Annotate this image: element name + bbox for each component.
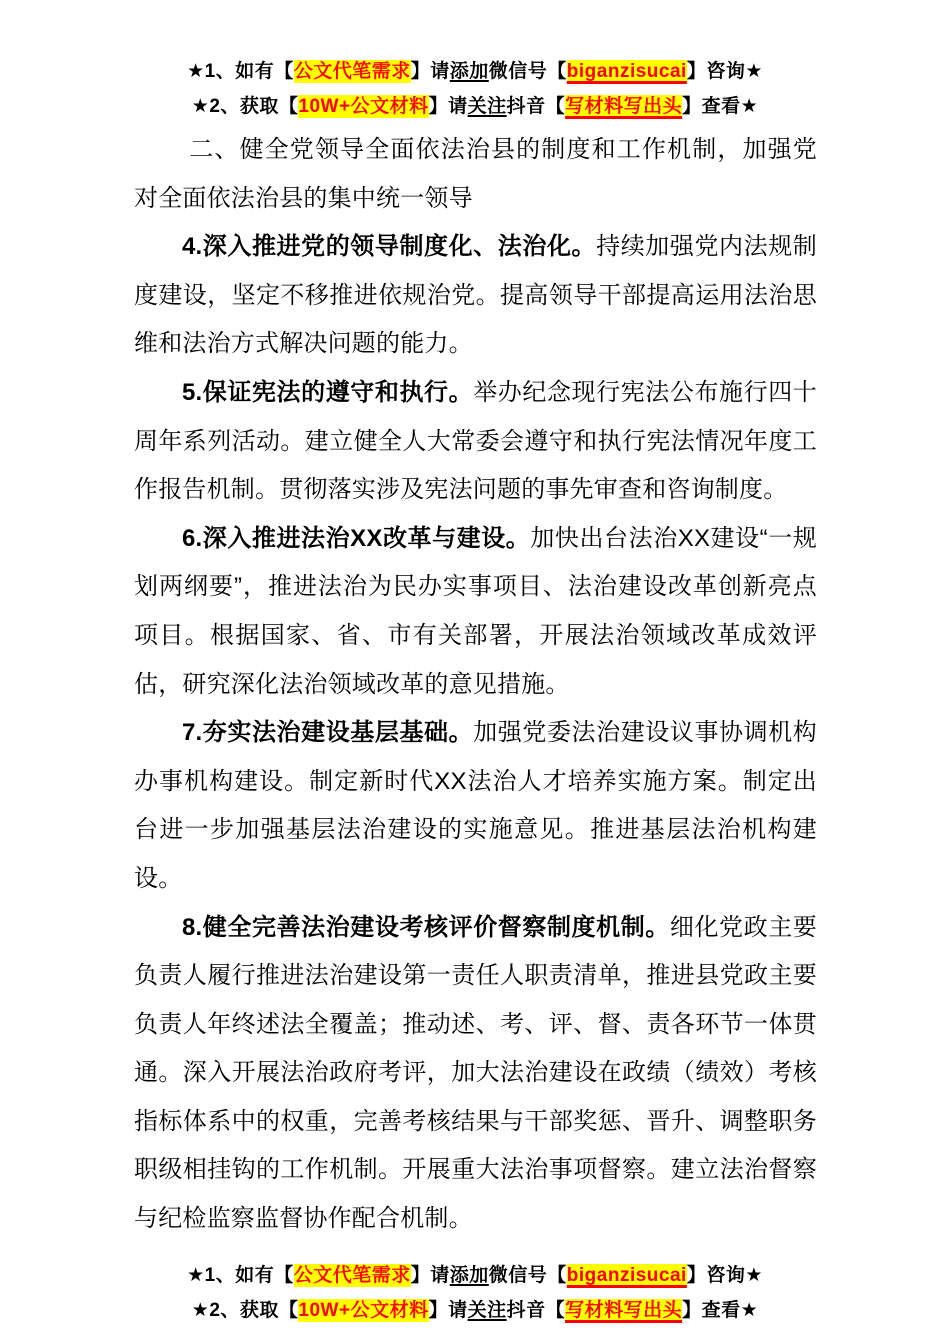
- ad-text: 微信号【: [489, 1265, 567, 1286]
- ad-service-highlight: 公文代笔需求: [294, 60, 411, 83]
- ad-text: ★1、如有【: [187, 61, 294, 82]
- paragraph-text: 细化党政主要负责人履行推进法治建设第一责任人职责清单，推进县党政主要负责人年终述…: [134, 914, 817, 1233]
- ad-douyin-id: 写材料写出头: [565, 1299, 682, 1322]
- ad-wechat-id: biganzisucai: [567, 60, 687, 83]
- ad-text: 】请: [411, 61, 450, 82]
- ad-text: 】请: [429, 96, 468, 117]
- ad-text: ★1、如有【: [187, 1265, 294, 1286]
- document-body: 二、健全党领导全面依法治县的制度和工作机制，加强党对全面依法治县的集中统一领导 …: [134, 126, 817, 1244]
- ad-text: 】查看★: [682, 1300, 758, 1321]
- ad-line: ★1、如有【公文代笔需求】请添加微信号【biganzisucai】咨询★: [0, 1258, 950, 1293]
- ad-text: 抖音【: [507, 1300, 566, 1321]
- ad-line: ★2、获取【10W+公文材料】请关注抖音【写材料写出头】查看★: [0, 1293, 950, 1328]
- ad-text: 微信号【: [489, 61, 567, 82]
- document-page: ★1、如有【公文代笔需求】请添加微信号【biganzisucai】咨询★★2、获…: [0, 0, 950, 1344]
- body-paragraph: 7.夯实法治建设基层基础。加强党委法治建设议事协调机构办事机构建设。制定新时代X…: [134, 709, 817, 903]
- ad-text: 抖音【: [507, 96, 566, 117]
- body-paragraph: 4.深入推进党的领导制度化、法治化。持续加强党内法规制度建设，坚定不移推进依规治…: [134, 223, 817, 369]
- ad-text: 】请: [411, 1265, 450, 1286]
- paragraph-lead: 6.深入推进法治XX改革与建设。: [182, 525, 530, 552]
- ad-material-highlight: 10W+公文材料: [298, 1299, 428, 1322]
- body-paragraph: 8.健全完善法治建设考核评价督察制度机制。细化党政主要负责人履行推进法治建设第一…: [134, 904, 817, 1244]
- ad-action-add: 添加: [450, 61, 489, 82]
- paragraph-lead: 4.深入推进党的领导制度化、法治化。: [182, 233, 596, 260]
- paragraph-lead: 5.保证宪法的遵守和执行。: [182, 379, 473, 406]
- ad-douyin-id: 写材料写出头: [565, 95, 682, 118]
- ad-banner-bottom: ★1、如有【公文代笔需求】请添加微信号【biganzisucai】咨询★★2、获…: [0, 1258, 950, 1328]
- paragraph-lead: 7.夯实法治建设基层基础。: [182, 719, 473, 746]
- ad-wechat-id: biganzisucai: [567, 1264, 687, 1287]
- ad-line: ★1、如有【公文代笔需求】请添加微信号【biganzisucai】咨询★: [0, 54, 950, 89]
- ad-text: 】请: [429, 1300, 468, 1321]
- ad-text: 】咨询★: [687, 1265, 763, 1286]
- ad-text: ★2、获取【: [192, 96, 299, 117]
- paragraph-lead: 8.健全完善法治建设考核评价督察制度机制。: [182, 914, 670, 941]
- ad-service-highlight: 公文代笔需求: [294, 1264, 411, 1287]
- body-paragraph: 5.保证宪法的遵守和执行。举办纪念现行宪法公布施行四十周年系列活动。建立健全人大…: [134, 369, 817, 515]
- ad-text: 】查看★: [682, 96, 758, 117]
- ad-banner-top: ★1、如有【公文代笔需求】请添加微信号【biganzisucai】咨询★★2、获…: [0, 54, 950, 124]
- ad-text: ★2、获取【: [192, 1300, 299, 1321]
- ad-action-follow: 关注: [468, 96, 507, 117]
- ad-text: 】咨询★: [687, 61, 763, 82]
- section-heading: 二、健全党领导全面依法治县的制度和工作机制，加强党对全面依法治县的集中统一领导: [134, 126, 817, 223]
- paragraph-list: 4.深入推进党的领导制度化、法治化。持续加强党内法规制度建设，坚定不移推进依规治…: [134, 223, 817, 1243]
- body-paragraph: 6.深入推进法治XX改革与建设。加快出台法治XX建设“一规划两纲要”，推进法治为…: [134, 515, 817, 709]
- ad-line: ★2、获取【10W+公文材料】请关注抖音【写材料写出头】查看★: [0, 89, 950, 124]
- ad-material-highlight: 10W+公文材料: [298, 95, 428, 118]
- ad-action-add: 添加: [450, 1265, 489, 1286]
- ad-action-follow: 关注: [468, 1300, 507, 1321]
